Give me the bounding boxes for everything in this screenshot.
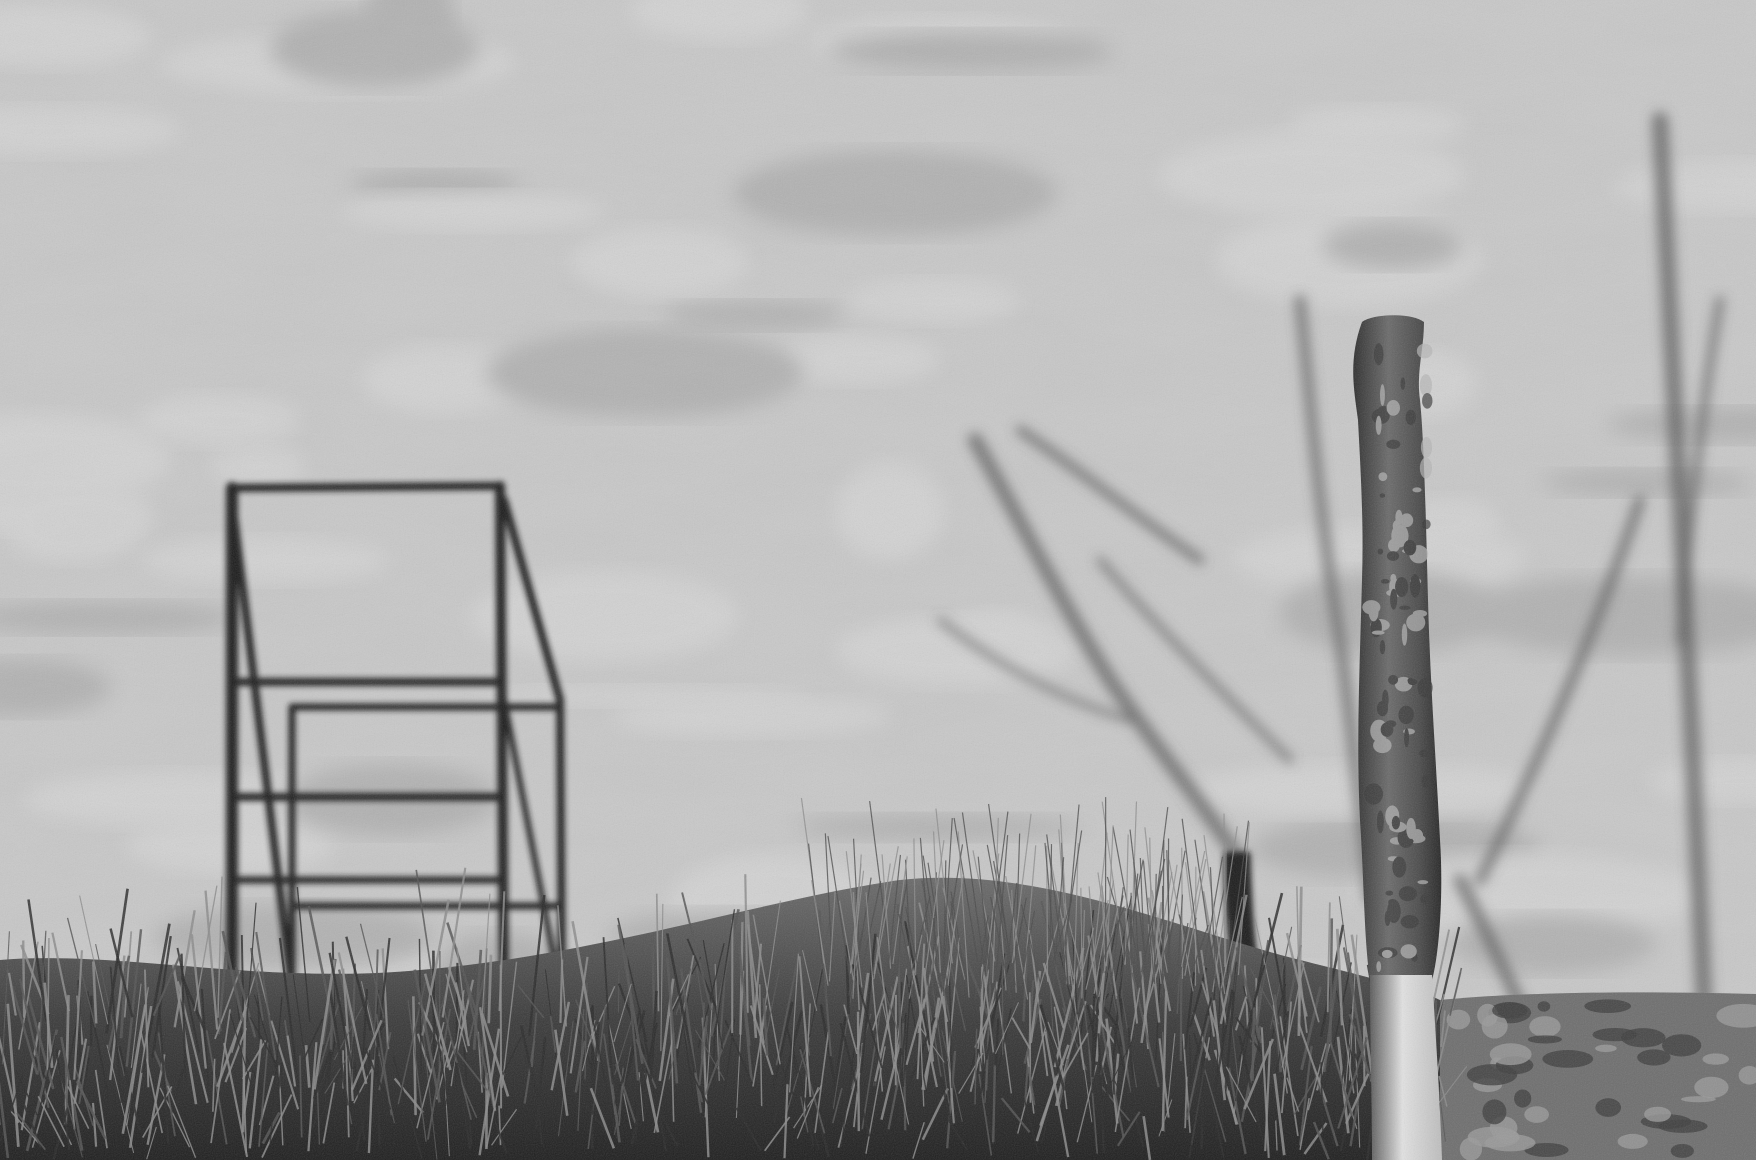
photograph xyxy=(0,0,1756,1160)
dirt-mound xyxy=(1440,992,1756,1160)
